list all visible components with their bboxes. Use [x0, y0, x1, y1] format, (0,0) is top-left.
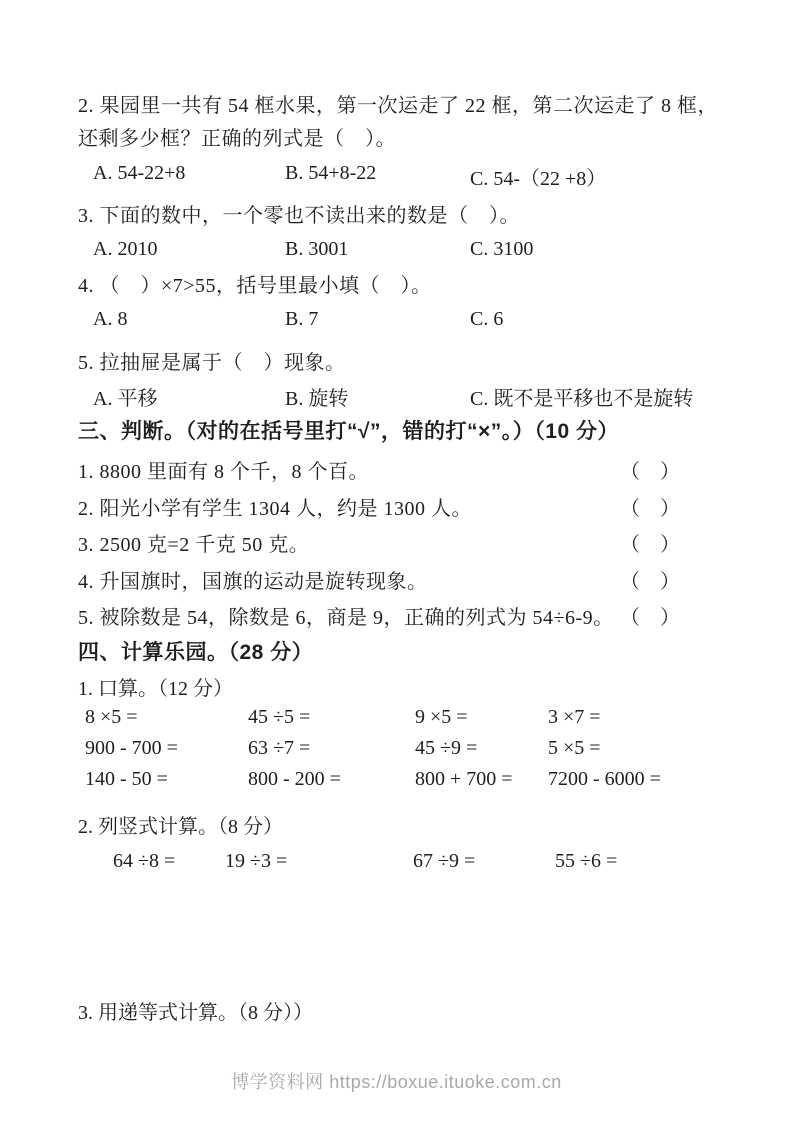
- q4-option-b: B. 7: [285, 308, 318, 331]
- judge-item-4-answer-paren: （ ）: [620, 565, 680, 594]
- oral-calc-row-2: 900 - 700 = 63 ÷7 = 45 ÷9 = 5 ×5 =: [0, 737, 793, 765]
- oral-expr: 3 ×7 =: [548, 706, 601, 729]
- judge-item-4-text: 4. 升国旗时，国旗的运动是旋转现象。: [78, 565, 428, 594]
- choice-question-2-text: 2. 果园里一共有 54 框水果，第一次运走了 22 框，第二次运走了 8 框，…: [78, 90, 720, 156]
- oral-expr: 63 ÷7 =: [248, 737, 310, 760]
- choice-question-3-options: A. 2010 B. 3001 C. 3100: [0, 238, 793, 266]
- q5-option-c: C. 既不是平移也不是旋转: [470, 382, 693, 411]
- judge-item-4: 4. 升国旗时，国旗的运动是旋转现象。 （ ）: [0, 565, 793, 595]
- oral-expr: 45 ÷5 =: [248, 706, 310, 729]
- judge-item-2-text: 2. 阳光小学有学生 1304 人，约是 1300 人。: [78, 492, 472, 521]
- oral-calc-label: 1. 口算。（12 分）: [78, 672, 233, 701]
- judge-item-5-text: 5. 被除数是 54，除数是 6，商是 9，正确的列式为 54÷6-9。: [78, 601, 614, 630]
- q3-option-c: C. 3100: [470, 238, 533, 261]
- site-watermark: 博学资料网 https://boxue.ituoke.com.cn: [0, 1068, 793, 1094]
- choice-question-2-options: A. 54-22+8 B. 54+8-22 C. 54-（22 +8）: [0, 162, 793, 190]
- choice-question-4-text: 4. （ ）×7>55，括号里最小填（ ）。: [78, 270, 720, 303]
- oral-expr: 900 - 700 =: [85, 737, 178, 760]
- judge-item-5-answer-paren: （ ）: [620, 601, 680, 630]
- oral-calc-row-3: 140 - 50 = 800 - 200 = 800 + 700 = 7200 …: [0, 768, 793, 796]
- oral-expr: 140 - 50 =: [85, 768, 168, 791]
- q3-option-b: B. 3001: [285, 238, 348, 261]
- oral-expr: 7200 - 6000 =: [548, 768, 661, 791]
- choice-question-3-text: 3. 下面的数中，一个零也不读出来的数是（ ）。: [78, 200, 720, 233]
- calc-section-title: 四、计算乐园。（28 分）: [78, 636, 758, 666]
- judge-item-2: 2. 阳光小学有学生 1304 人，约是 1300 人。 （ ）: [0, 492, 793, 522]
- math-test-paper-page: 2. 果园里一共有 54 框水果，第一次运走了 22 框，第二次运走了 8 框，…: [0, 0, 793, 1122]
- oral-expr: 800 + 700 =: [415, 768, 513, 791]
- vertical-calc-row: 64 ÷8 = 19 ÷3 = 67 ÷9 = 55 ÷6 =: [0, 850, 793, 878]
- choice-question-5-options: A. 平移 B. 旋转 C. 既不是平移也不是旋转: [0, 382, 793, 410]
- choice-question-5-text: 5. 拉抽屉是属于（ ）现象。: [78, 347, 720, 380]
- choice-question-4-options: A. 8 B. 7 C. 6: [0, 308, 793, 336]
- oral-expr: 800 - 200 =: [248, 768, 341, 791]
- judge-item-3-text: 3. 2500 克=2 千克 50 克。: [78, 528, 309, 557]
- q5-option-a: A. 平移: [93, 382, 157, 411]
- q4-option-a: A. 8: [93, 308, 127, 331]
- q2-option-b: B. 54+8-22: [285, 162, 376, 185]
- judge-item-2-answer-paren: （ ）: [620, 492, 680, 521]
- oral-calc-row-1: 8 ×5 = 45 ÷5 = 9 ×5 = 3 ×7 =: [0, 706, 793, 734]
- oral-expr: 9 ×5 =: [415, 706, 468, 729]
- q5-option-b: B. 旋转: [285, 382, 348, 411]
- oral-expr: 45 ÷9 =: [415, 737, 477, 760]
- judge-item-3: 3. 2500 克=2 千克 50 克。 （ ）: [0, 528, 793, 558]
- oral-expr: 8 ×5 =: [85, 706, 138, 729]
- vertical-expr: 55 ÷6 =: [555, 850, 617, 873]
- judge-item-3-answer-paren: （ ）: [620, 528, 680, 557]
- judge-item-1-answer-paren: （ ）: [620, 455, 680, 484]
- stepwise-calc-label: 3. 用递等式计算。（8 分））: [78, 996, 313, 1025]
- judge-section-title: 三、判断。（对的在括号里打“√”，错的打“×”。）（10 分）: [78, 415, 758, 445]
- judge-item-1-text: 1. 8800 里面有 8 个千，8 个百。: [78, 455, 369, 484]
- judge-item-1: 1. 8800 里面有 8 个千，8 个百。 （ ）: [0, 455, 793, 485]
- q3-option-a: A. 2010: [93, 238, 157, 261]
- vertical-expr: 67 ÷9 =: [413, 850, 475, 873]
- q2-option-c: C. 54-（22 +8）: [470, 162, 606, 191]
- judge-item-5: 5. 被除数是 54，除数是 6，商是 9，正确的列式为 54÷6-9。 （ ）: [0, 601, 793, 631]
- oral-expr: 5 ×5 =: [548, 737, 601, 760]
- vertical-expr: 64 ÷8 =: [113, 850, 175, 873]
- q2-option-a: A. 54-22+8: [93, 162, 185, 185]
- vertical-calc-label: 2. 列竖式计算。（8 分）: [78, 810, 283, 839]
- q4-option-c: C. 6: [470, 308, 503, 331]
- vertical-expr: 19 ÷3 =: [225, 850, 287, 873]
